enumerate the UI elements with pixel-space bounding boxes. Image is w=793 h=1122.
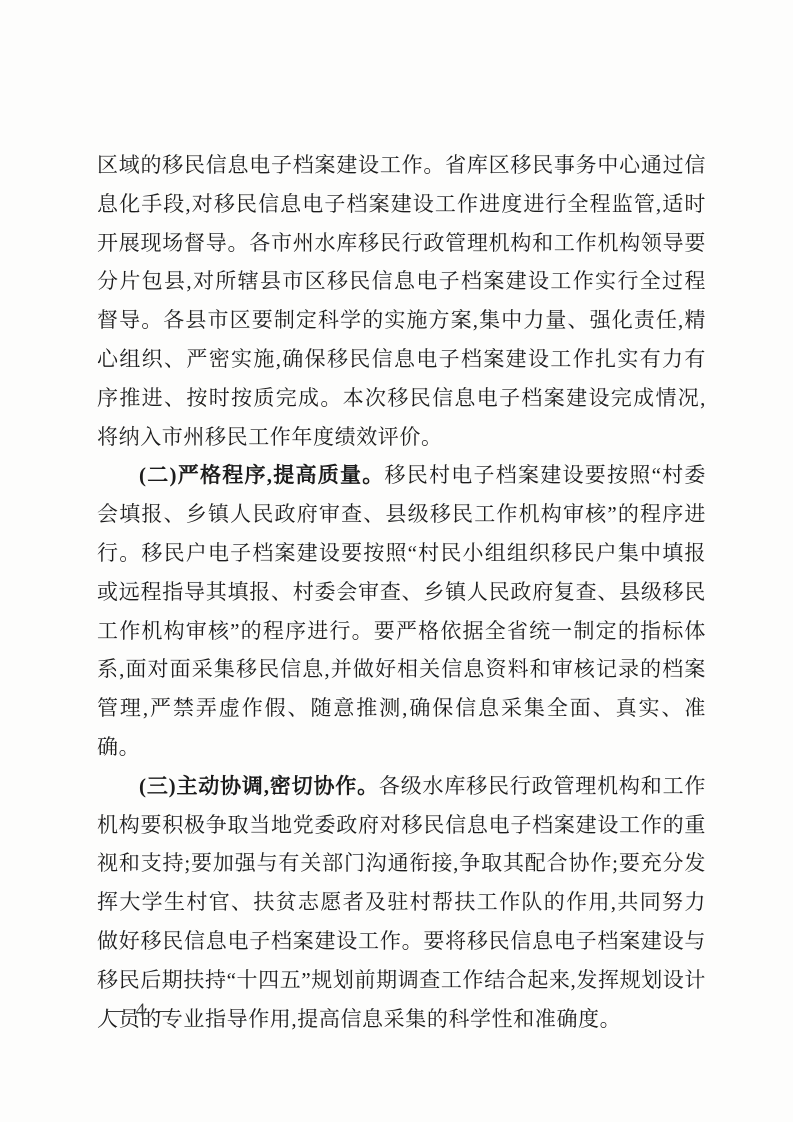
- paragraph-section-2: (二)严格程序,提高质量。移民村电子档案建设要按照“村委会填报、乡镇人民政府审查…: [97, 456, 706, 766]
- page-number: — 4 —: [106, 1000, 178, 1022]
- paragraph-text: 区域的移民信息电子档案建设工作。省库区移民事务中心通过信息化手段,对移民信息电子…: [97, 153, 706, 449]
- section-2-heading: (二)严格程序,提高质量。: [139, 463, 385, 487]
- document-body: 区域的移民信息电子档案建设工作。省库区移民事务中心通过信息化手段,对移民信息电子…: [97, 146, 706, 1038]
- section-3-heading: (三)主动协调,密切协作。: [139, 774, 379, 798]
- paragraph-section-3: (三)主动协调,密切协作。各级水库移民行政管理机构和工作机构要积极争取当地党委政…: [97, 767, 706, 1039]
- paragraph-continued: 区域的移民信息电子档案建设工作。省库区移民事务中心通过信息化手段,对移民信息电子…: [97, 146, 706, 456]
- paragraph-text: 移民村电子档案建设要按照“村委会填报、乡镇人民政府审查、县级移民工作机构审核”的…: [97, 463, 706, 759]
- document-page: 区域的移民信息电子档案建设工作。省库区移民事务中心通过信息化手段,对移民信息电子…: [0, 0, 793, 1122]
- paragraph-text: 各级水库移民行政管理机构和工作机构要积极争取当地党委政府对移民信息电子档案建设工…: [97, 774, 706, 1031]
